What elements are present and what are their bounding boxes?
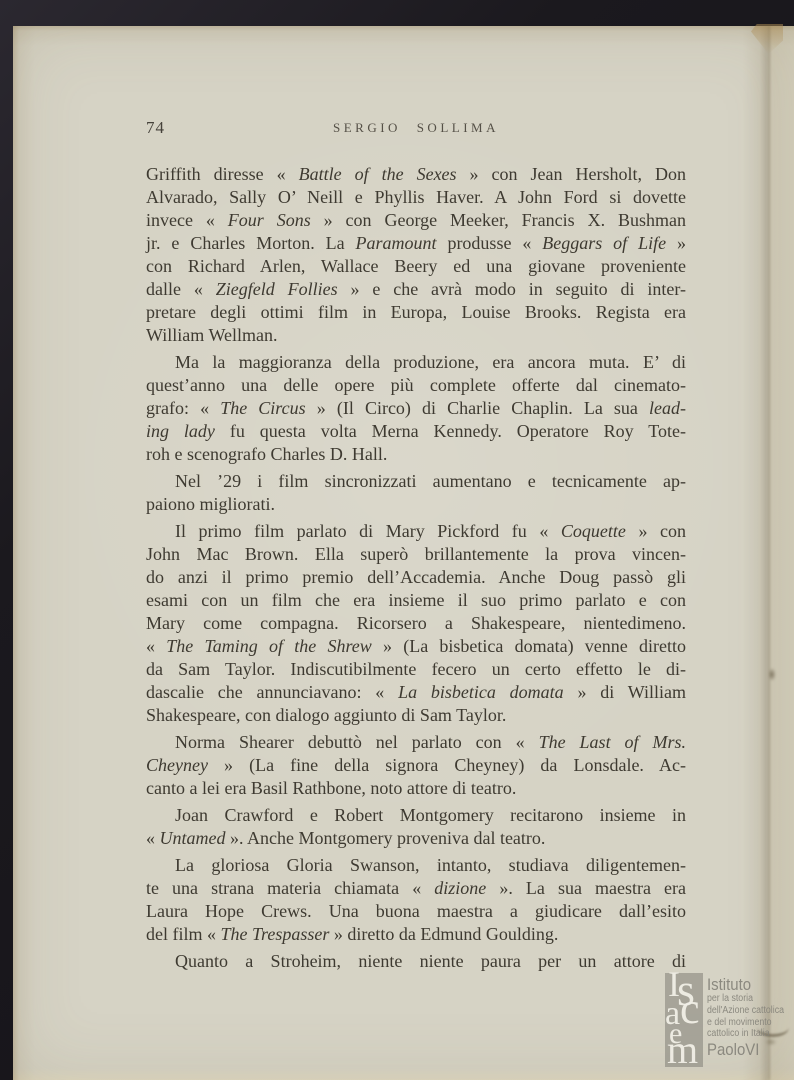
paragraph: Ma la maggioranza della produzione, era … bbox=[146, 351, 686, 466]
text-line: jr. e Charles Morton. La Paramount produ… bbox=[146, 232, 686, 255]
text-line: roh e scenografo Charles D. Hall. bbox=[146, 443, 686, 466]
text-line: da Sam Taylor. Indiscutibilmente fecero … bbox=[146, 658, 686, 681]
text-line: del film « The Trespasser » diretto da E… bbox=[146, 923, 686, 946]
paragraph: Il primo film parlato di Mary Pickford f… bbox=[146, 520, 686, 727]
text-line: Nel ’29 i film sincronizzati aumentano e… bbox=[146, 470, 686, 493]
paolo-vi-label: PaoloVI bbox=[707, 1041, 794, 1059]
paragraph: La gloriosa Gloria Swanson, intanto, stu… bbox=[146, 854, 686, 946]
text-line: William Wellman. bbox=[146, 324, 686, 347]
text-line: Quanto a Stroheim, niente niente paura p… bbox=[146, 950, 686, 973]
text-line: te una strana materia chiamata « dizione… bbox=[146, 877, 686, 900]
paragraph: Joan Crawford e Robert Montgomery recita… bbox=[146, 804, 686, 850]
text-line: grafo: « The Circus » (Il Circo) di Char… bbox=[146, 397, 686, 420]
institute-description-line: dell'Azione cattolica bbox=[707, 1005, 794, 1017]
book-page: 74 SERGIO SOLLIMA Griffith diresse « Bat… bbox=[13, 26, 794, 1080]
page-content: 74 SERGIO SOLLIMA Griffith diresse « Bat… bbox=[146, 116, 686, 973]
watermark: Isacem Istituto per la storiadell'Azione… bbox=[665, 973, 794, 1067]
text-line: con Richard Arlen, Wallace Beery ed una … bbox=[146, 255, 686, 278]
watermark-text: Istituto per la storiadell'Azione cattol… bbox=[707, 976, 794, 1067]
text-line: Ma la maggioranza della produzione, era … bbox=[146, 351, 686, 374]
text-line: paiono migliorati. bbox=[146, 493, 686, 516]
paragraph: Quanto a Stroheim, niente niente paura p… bbox=[146, 950, 686, 973]
institute-name: Istituto bbox=[707, 976, 794, 993]
text-line: Il primo film parlato di Mary Pickford f… bbox=[146, 520, 686, 543]
text-line: quest’anno una delle opere più complete … bbox=[146, 374, 686, 397]
text-line: invece « Four Sons » con George Meeker, … bbox=[146, 209, 686, 232]
stitch-hole bbox=[769, 668, 776, 681]
text-line: canto a lei era Basil Rathbone, noto att… bbox=[146, 777, 686, 800]
paragraph: Nel ’29 i film sincronizzati aumentano e… bbox=[146, 470, 686, 516]
text-line: ing lady fu questa volta Merna Kennedy. … bbox=[146, 420, 686, 443]
watermark-letter: c bbox=[680, 987, 700, 1031]
text-line: Griffith diresse « Battle of the Sexes »… bbox=[146, 163, 686, 186]
page-edge-fold bbox=[751, 24, 783, 54]
institute-description-line: per la storia bbox=[707, 993, 794, 1005]
text-line: do anzi il primo premio dell’Accademia. … bbox=[146, 566, 686, 589]
text-line: « Untamed ». Anche Montgomery proveniva … bbox=[146, 827, 686, 850]
text-line: dascalie che annunciavano: « La bisbetic… bbox=[146, 681, 686, 704]
running-header: SERGIO SOLLIMA bbox=[146, 120, 686, 136]
text-line: Laura Hope Crews. Una buona maestra a gi… bbox=[146, 900, 686, 923]
institute-description-line: cattolico in Italia bbox=[707, 1028, 794, 1040]
watermark-letter: m bbox=[667, 1030, 698, 1070]
text-line: Joan Crawford e Robert Montgomery recita… bbox=[146, 804, 686, 827]
binding-crease bbox=[768, 26, 770, 1080]
photo-background: 74 SERGIO SOLLIMA Griffith diresse « Bat… bbox=[0, 0, 794, 1080]
text-line: Norma Shearer debuttò nel parlato con « … bbox=[146, 731, 686, 754]
paragraph: Griffith diresse « Battle of the Sexes »… bbox=[146, 163, 686, 347]
text-line: esami con un film che era insieme il suo… bbox=[146, 589, 686, 612]
text-line: Mary come compagna. Ricorsero a Shakespe… bbox=[146, 612, 686, 635]
text-line: « The Taming of the Shrew » (La bisbetic… bbox=[146, 635, 686, 658]
body-text: Griffith diresse « Battle of the Sexes »… bbox=[146, 163, 686, 973]
institute-description: per la storiadell'Azione cattolicae del … bbox=[707, 993, 794, 1040]
institute-description-line: e del movimento bbox=[707, 1017, 794, 1029]
text-line: Cheyney » (La fine della signora Cheyney… bbox=[146, 754, 686, 777]
text-line: John Mac Brown. Ella superò brillantemen… bbox=[146, 543, 686, 566]
page-header: 74 SERGIO SOLLIMA bbox=[146, 116, 686, 138]
text-line: Shakespeare, con dialogo aggiunto di Sam… bbox=[146, 704, 686, 727]
paragraph: Norma Shearer debuttò nel parlato con « … bbox=[146, 731, 686, 800]
text-line: pretare degli ottimi film in Europa, Lou… bbox=[146, 301, 686, 324]
text-line: Alvarado, Sally O’ Neill e Phyllis Haver… bbox=[146, 186, 686, 209]
text-line: La gloriosa Gloria Swanson, intanto, stu… bbox=[146, 854, 686, 877]
isacem-logo: Isacem bbox=[665, 973, 703, 1067]
text-line: dalle « Ziegfeld Follies » e che avrà mo… bbox=[146, 278, 686, 301]
